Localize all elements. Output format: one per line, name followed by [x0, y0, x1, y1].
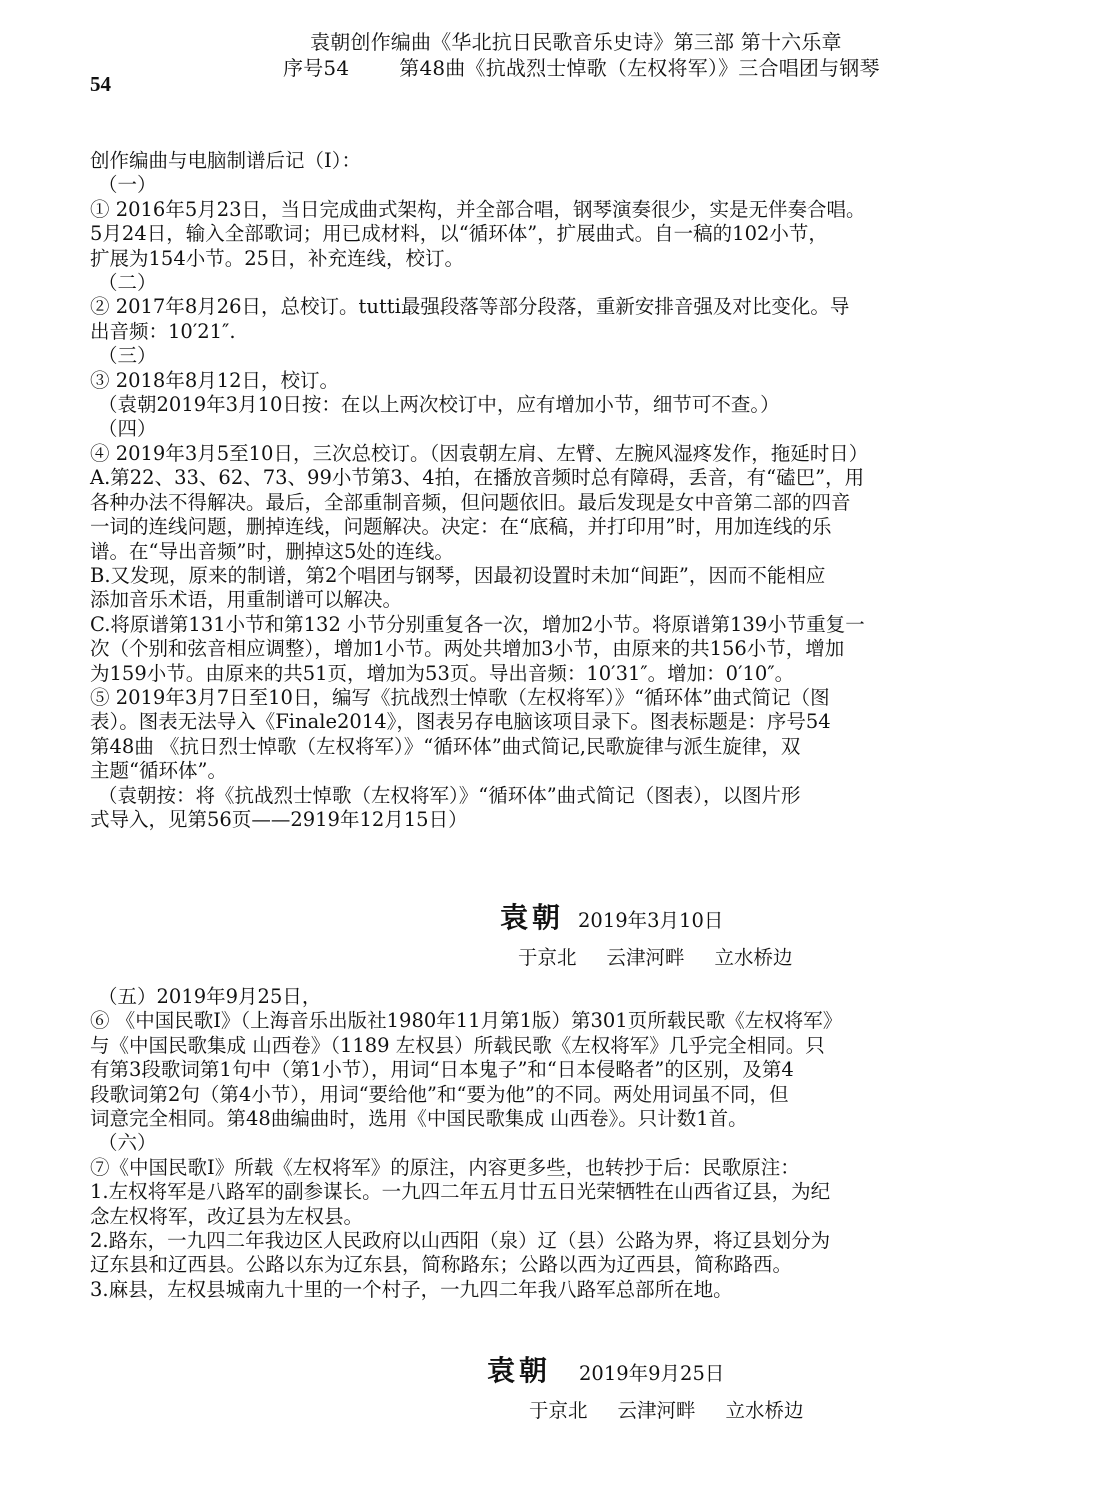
text-line: ⑦《中国民歌Ⅰ》所载《左权将军》的原注，内容更多些，也转抄于后：民歌原注： — [90, 1156, 970, 1180]
section-1-lines: （一）① 2016年5月23日，当日完成曲式架构，并全部合唱，钢琴演奏很少，实是… — [90, 173, 970, 832]
author-name: 袁朝 — [500, 901, 564, 934]
place-part: 立水桥边 — [726, 1399, 804, 1422]
text-line: （四） — [90, 417, 970, 441]
signature-date: 2019年3月10日 — [578, 909, 723, 932]
text-line: 扩展为154小节。25日，补充连线，校订。 — [90, 247, 970, 271]
author-name: 袁朝 — [487, 1354, 551, 1387]
text-line: 第48曲 《抗日烈士悼歌（左权将军）》“循环体”曲式简记,民歌旋律与派生旋律，双 — [90, 735, 970, 759]
text-line: 1.左权将军是八路军的副参谋长。一九四二年五月廿五日光荣牺牲在山西省辽县，为纪 — [90, 1180, 970, 1204]
text-line: 3.麻县，左权县城南九十里的一个村子，一九四二年我八路军总部所在地。 — [90, 1278, 970, 1302]
section-2-lines: （五）2019年9月25日，⑥ 《中国民歌Ⅰ》（上海音乐出版社1980年11月第… — [90, 985, 970, 1302]
signature-place: 于京北云津河畔立水桥边 — [500, 942, 823, 970]
text-line: 表）。图表无法导入《Finale2014》，图表另存电脑该项目录下。图表标题是：… — [90, 710, 970, 734]
text-line: 主题“循环体”。 — [90, 759, 970, 783]
place-part: 云津河畔 — [607, 946, 685, 969]
text-line: ② 2017年8月26日，总校订。tutti最强段落等部分段落，重新安排音强及对… — [90, 295, 970, 319]
running-header-piece: 序号54第48曲《抗战烈士悼歌（左权将军）》三合唱团与钢琴 — [283, 56, 880, 80]
text-line: 有第3段歌词第1句中（第1小节），用词“日本鬼子”和“日本侵略者”的区别，及第4 — [90, 1058, 970, 1082]
text-line: 出音频：10′21″. — [90, 320, 970, 344]
signature-date: 2019年9月25日 — [579, 1362, 724, 1385]
text-line: 次（个别和弦音相应调整），增加1小节。两处共增加3小节，由原来的共156小节，增… — [90, 637, 970, 661]
text-line: （二） — [90, 271, 970, 295]
text-line: 与《中国民歌集成 山西卷》（1189 左权县）所载民歌《左权将军》几乎完全相同。… — [90, 1034, 970, 1058]
text-line: C.将原谱第131小节和第132 小节分别重复各一次，增加2小节。将原谱第139… — [90, 613, 970, 637]
text-line: 2.路东，一九四二年我边区人民政府以山西阳（泉）辽（县）公路为界，将辽县划分为 — [90, 1229, 970, 1253]
serial-number: 序号54 — [283, 56, 349, 80]
text-line: B.又发现，原来的制谱，第2个唱团与钢琴，因最初设置时未加“间距”，因而不能相应 — [90, 564, 970, 588]
text-line: （一） — [90, 173, 970, 197]
text-line: 谱。在“导出音频”时，删掉这5处的连线。 — [90, 540, 970, 564]
text-line: 辽东县和辽西县。公路以东为辽东县，简称路东；公路以西为辽西县，简称路西。 — [90, 1253, 970, 1277]
place-part: 立水桥边 — [715, 946, 793, 969]
place-part: 云津河畔 — [618, 1399, 696, 1422]
text-line: 5月24日，输入全部歌词；用已成材料，以“循环体”，扩展曲式。自一稿的102小节… — [90, 222, 970, 246]
text-line: ⑤ 2019年3月7日至10日，编写《抗战烈士悼歌（左权将军）》“循环体”曲式简… — [90, 686, 970, 710]
signature-place: 于京北云津河畔立水桥边 — [487, 1395, 834, 1423]
text-line: A.第22、33、62、73、99小节第3、4拍，在播放音频时总有障碍，丢音，有… — [90, 466, 970, 490]
text-line: ④ 2019年3月5至10日，三次总校订。（因袁朝左肩、左臂、左腕风湿疼发作，拖… — [90, 442, 970, 466]
signature-block-2: 袁朝2019年9月25日 于京北云津河畔立水桥边 — [487, 1349, 834, 1423]
place-part: 于京北 — [529, 1399, 588, 1422]
text-line: 一词的连线问题，删掉连线，问题解决。决定：在“底稿，并打印用”时，用加连线的乐 — [90, 515, 970, 539]
document-page: 袁朝创作编曲《华北抗日民歌音乐史诗》第三部 第十六乐章 序号54第48曲《抗战烈… — [0, 0, 1100, 1506]
afterword-section-2: （五）2019年9月25日，⑥ 《中国民歌Ⅰ》（上海音乐出版社1980年11月第… — [90, 985, 970, 1302]
piece-title: 第48曲《抗战烈士悼歌（左权将军）》三合唱团与钢琴 — [399, 56, 879, 80]
text-line: 念左权将军，改辽县为左权县。 — [90, 1205, 970, 1229]
text-line: 词意完全相同。第48曲编曲时，选用《中国民歌集成 山西卷》。只计数1首。 — [90, 1107, 970, 1131]
running-header-series: 袁朝创作编曲《华北抗日民歌音乐史诗》第三部 第十六乐章 — [310, 30, 842, 54]
text-line: 式导入，见第56页——2919年12月15日） — [90, 808, 970, 832]
text-line: 各种办法不得解决。最后，全部重制音频，但问题依旧。最后发现是女中音第二部的四音 — [90, 491, 970, 515]
text-line: （三） — [90, 344, 970, 368]
text-line: （袁朝2019年3月10日按：在以上两次校订中，应有增加小节，细节可不查。） — [90, 393, 970, 417]
text-line: 为159小节。由原来的共51页，增加为53页。导出音频：10′31″。增加：0′… — [90, 662, 970, 686]
section-title: 创作编曲与电脑制谱后记（Ⅰ）： — [90, 149, 970, 173]
text-line: ① 2016年5月23日，当日完成曲式架构，并全部合唱，钢琴演奏很少，实是无伴奏… — [90, 198, 970, 222]
text-line: ⑥ 《中国民歌Ⅰ》（上海音乐出版社1980年11月第1版）第301页所载民歌《左… — [90, 1009, 970, 1033]
text-line: 添加音乐术语，用重制谱可以解决。 — [90, 588, 970, 612]
text-line: （五）2019年9月25日， — [90, 985, 970, 1009]
text-line: （袁朝按：将《抗战烈士悼歌（左权将军）》“循环体”曲式简记（图表），以图片形 — [90, 784, 970, 808]
text-line: ③ 2018年8月12日，校订。 — [90, 369, 970, 393]
page-number: 54 — [90, 72, 111, 97]
afterword-section-1: 创作编曲与电脑制谱后记（Ⅰ）： （一）① 2016年5月23日，当日完成曲式架构… — [90, 149, 970, 832]
place-part: 于京北 — [518, 946, 577, 969]
text-line: （六） — [90, 1131, 970, 1155]
signature-block-1: 袁朝2019年3月10日 于京北云津河畔立水桥边 — [500, 896, 823, 970]
text-line: 段歌词第2句（第4小节），用词“要给他”和“要为他”的不同。两处用词虽不同，但 — [90, 1083, 970, 1107]
